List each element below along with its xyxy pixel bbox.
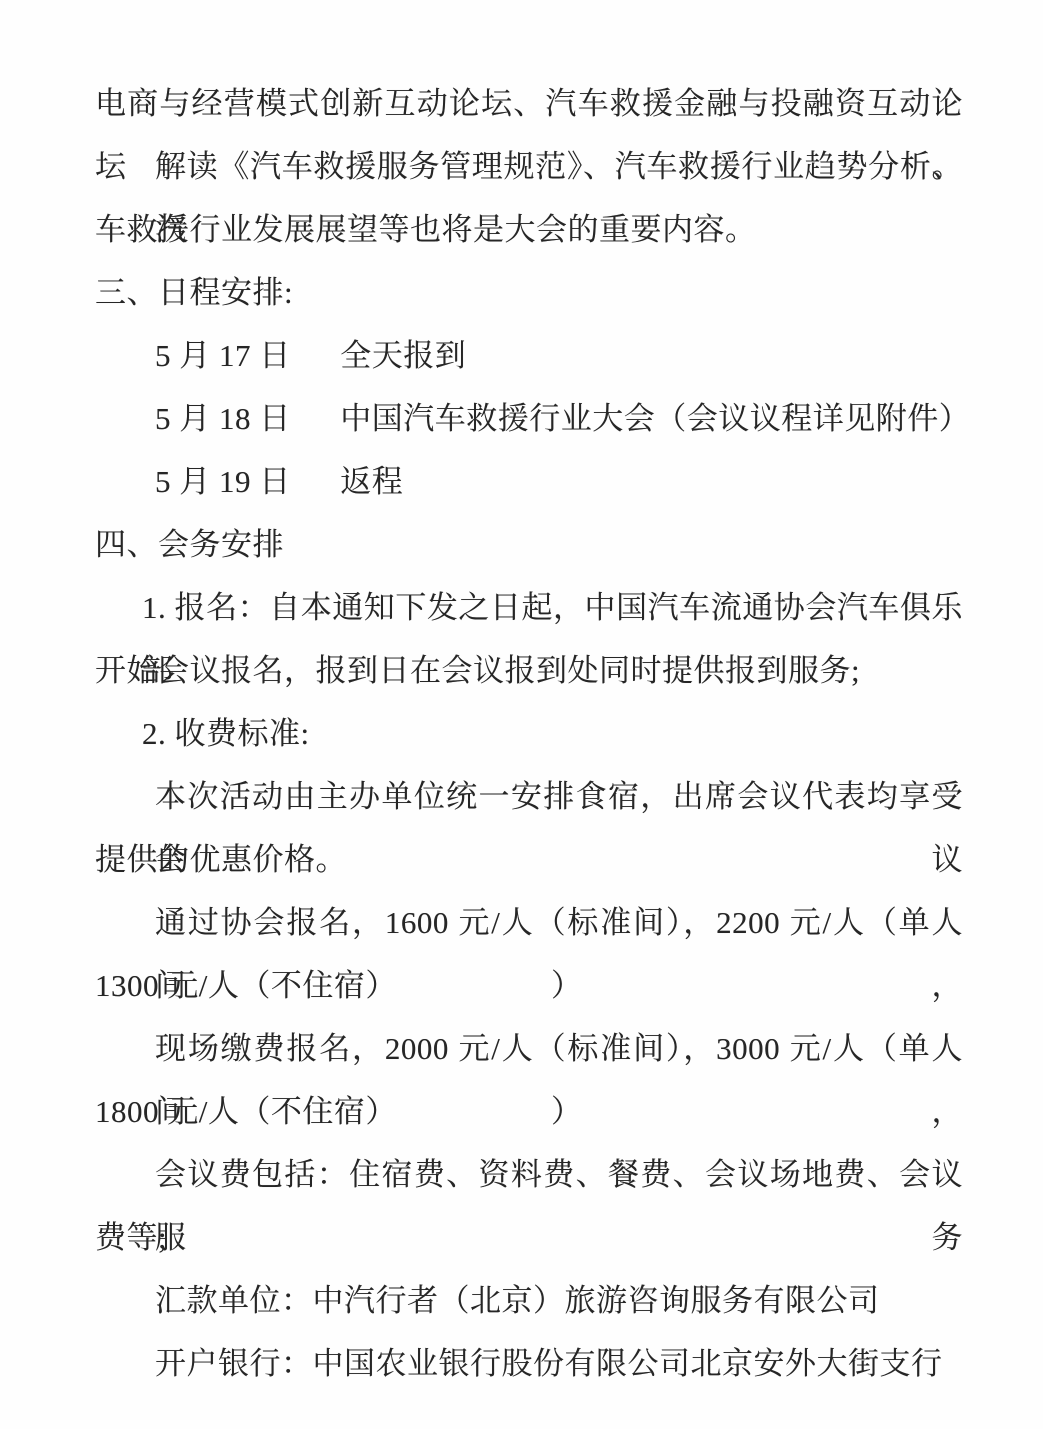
standards-interpretation-line-2: 车救援行业发展展望等也将是大会的重要内容。 [95,198,963,261]
registration-item-line-2: 开始会议报名，报到日在会议报到处同时提供报到服务; [95,639,963,702]
fee-includes-line-1: 会议费包括：住宿费、资料费、餐费、会议场地费、会议服务 [95,1143,963,1206]
schedule-may-17: 5 月 17 日 全天报到 [95,324,963,387]
forum-list-line: 电商与经营模式创新互动论坛、汽车救援金融与投融资互动论坛。 [95,72,963,135]
onsite-price-line-1: 现场缴费报名，2000 元/人（标准间），3000 元/人（单人间）， [95,1017,963,1080]
section-3-schedule-heading: 三、日程安排: [95,261,963,324]
association-price-line-1: 通过协会报名，1600 元/人（标准间），2200 元/人（单人间）， [95,891,963,954]
remittance-unit-line: 汇款单位：中汽行者（北京）旅游咨询服务有限公司 [95,1269,963,1332]
standards-interpretation-line-1: 解读《汽车救援服务管理规范》、汽车救援行业趋势分析、汽 [95,135,963,198]
document-page: 电商与经营模式创新互动论坛、汽车救援金融与投融资互动论坛。 解读《汽车救援服务管… [0,0,1043,1429]
schedule-may-18: 5 月 18 日 中国汽车救援行业大会（会议议程详见附件） [95,387,963,450]
bank-account-line: 开户银行：中国农业银行股份有限公司北京安外大街支行 [95,1332,963,1395]
fee-standard-heading: 2. 收费标准: [95,702,963,765]
section-4-logistics-heading: 四、会务安排 [95,513,963,576]
schedule-may-19: 5 月 19 日 返程 [95,450,963,513]
document-body: 电商与经营模式创新互动论坛、汽车救援金融与投融资互动论坛。 解读《汽车救援服务管… [95,72,963,1395]
accommodation-note-line-1: 本次活动由主办单位统一安排食宿，出席会议代表均享受会议 [95,765,963,828]
registration-item-line-1: 1. 报名：自本通知下发之日起，中国汽车流通协会汽车俱乐部 [95,576,963,639]
